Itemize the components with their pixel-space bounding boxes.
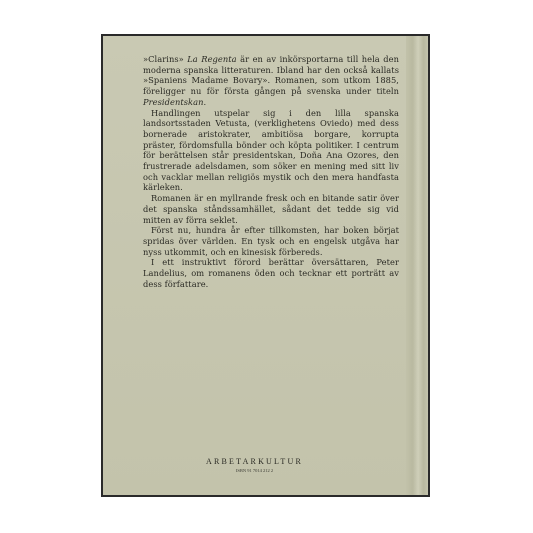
book-back-cover: »Clarins» La Regenta är en av inkörsport… [101, 34, 430, 497]
paragraph-text: »Clarins» [143, 54, 187, 64]
italic-title-text: Presidentskan [143, 97, 204, 107]
blurb-paragraph: Romanen är en myllrande fresk och en bit… [143, 193, 399, 225]
blurb-paragraph: Handlingen utspelar sig i den lilla span… [143, 108, 399, 194]
book-spine-edge [406, 36, 428, 495]
paragraph-text: Romanen är en myllrande fresk och en bit… [143, 193, 399, 224]
italic-title-text: La Regenta [187, 54, 236, 64]
paragraph-text: I ett instruktivt förord berättar översä… [143, 257, 399, 288]
blurb-paragraph: I ett instruktivt förord berättar översä… [143, 257, 399, 289]
blurb-paragraph: Först nu, hundra år efter tillkomsten, h… [143, 225, 399, 257]
paragraph-text: Handlingen utspelar sig i den lilla span… [143, 108, 399, 193]
isbn-number: ISBN 91 7014 212 2 [103, 468, 406, 473]
cover-blurb-text: »Clarins» La Regenta är en av inkörsport… [143, 54, 399, 289]
blurb-paragraph: »Clarins» La Regenta är en av inkörsport… [143, 54, 399, 108]
paragraph-text: . [204, 97, 207, 107]
paragraph-text: Först nu, hundra år efter tillkomsten, h… [143, 225, 399, 256]
publisher-name: ARBETARKULTUR [103, 457, 406, 466]
